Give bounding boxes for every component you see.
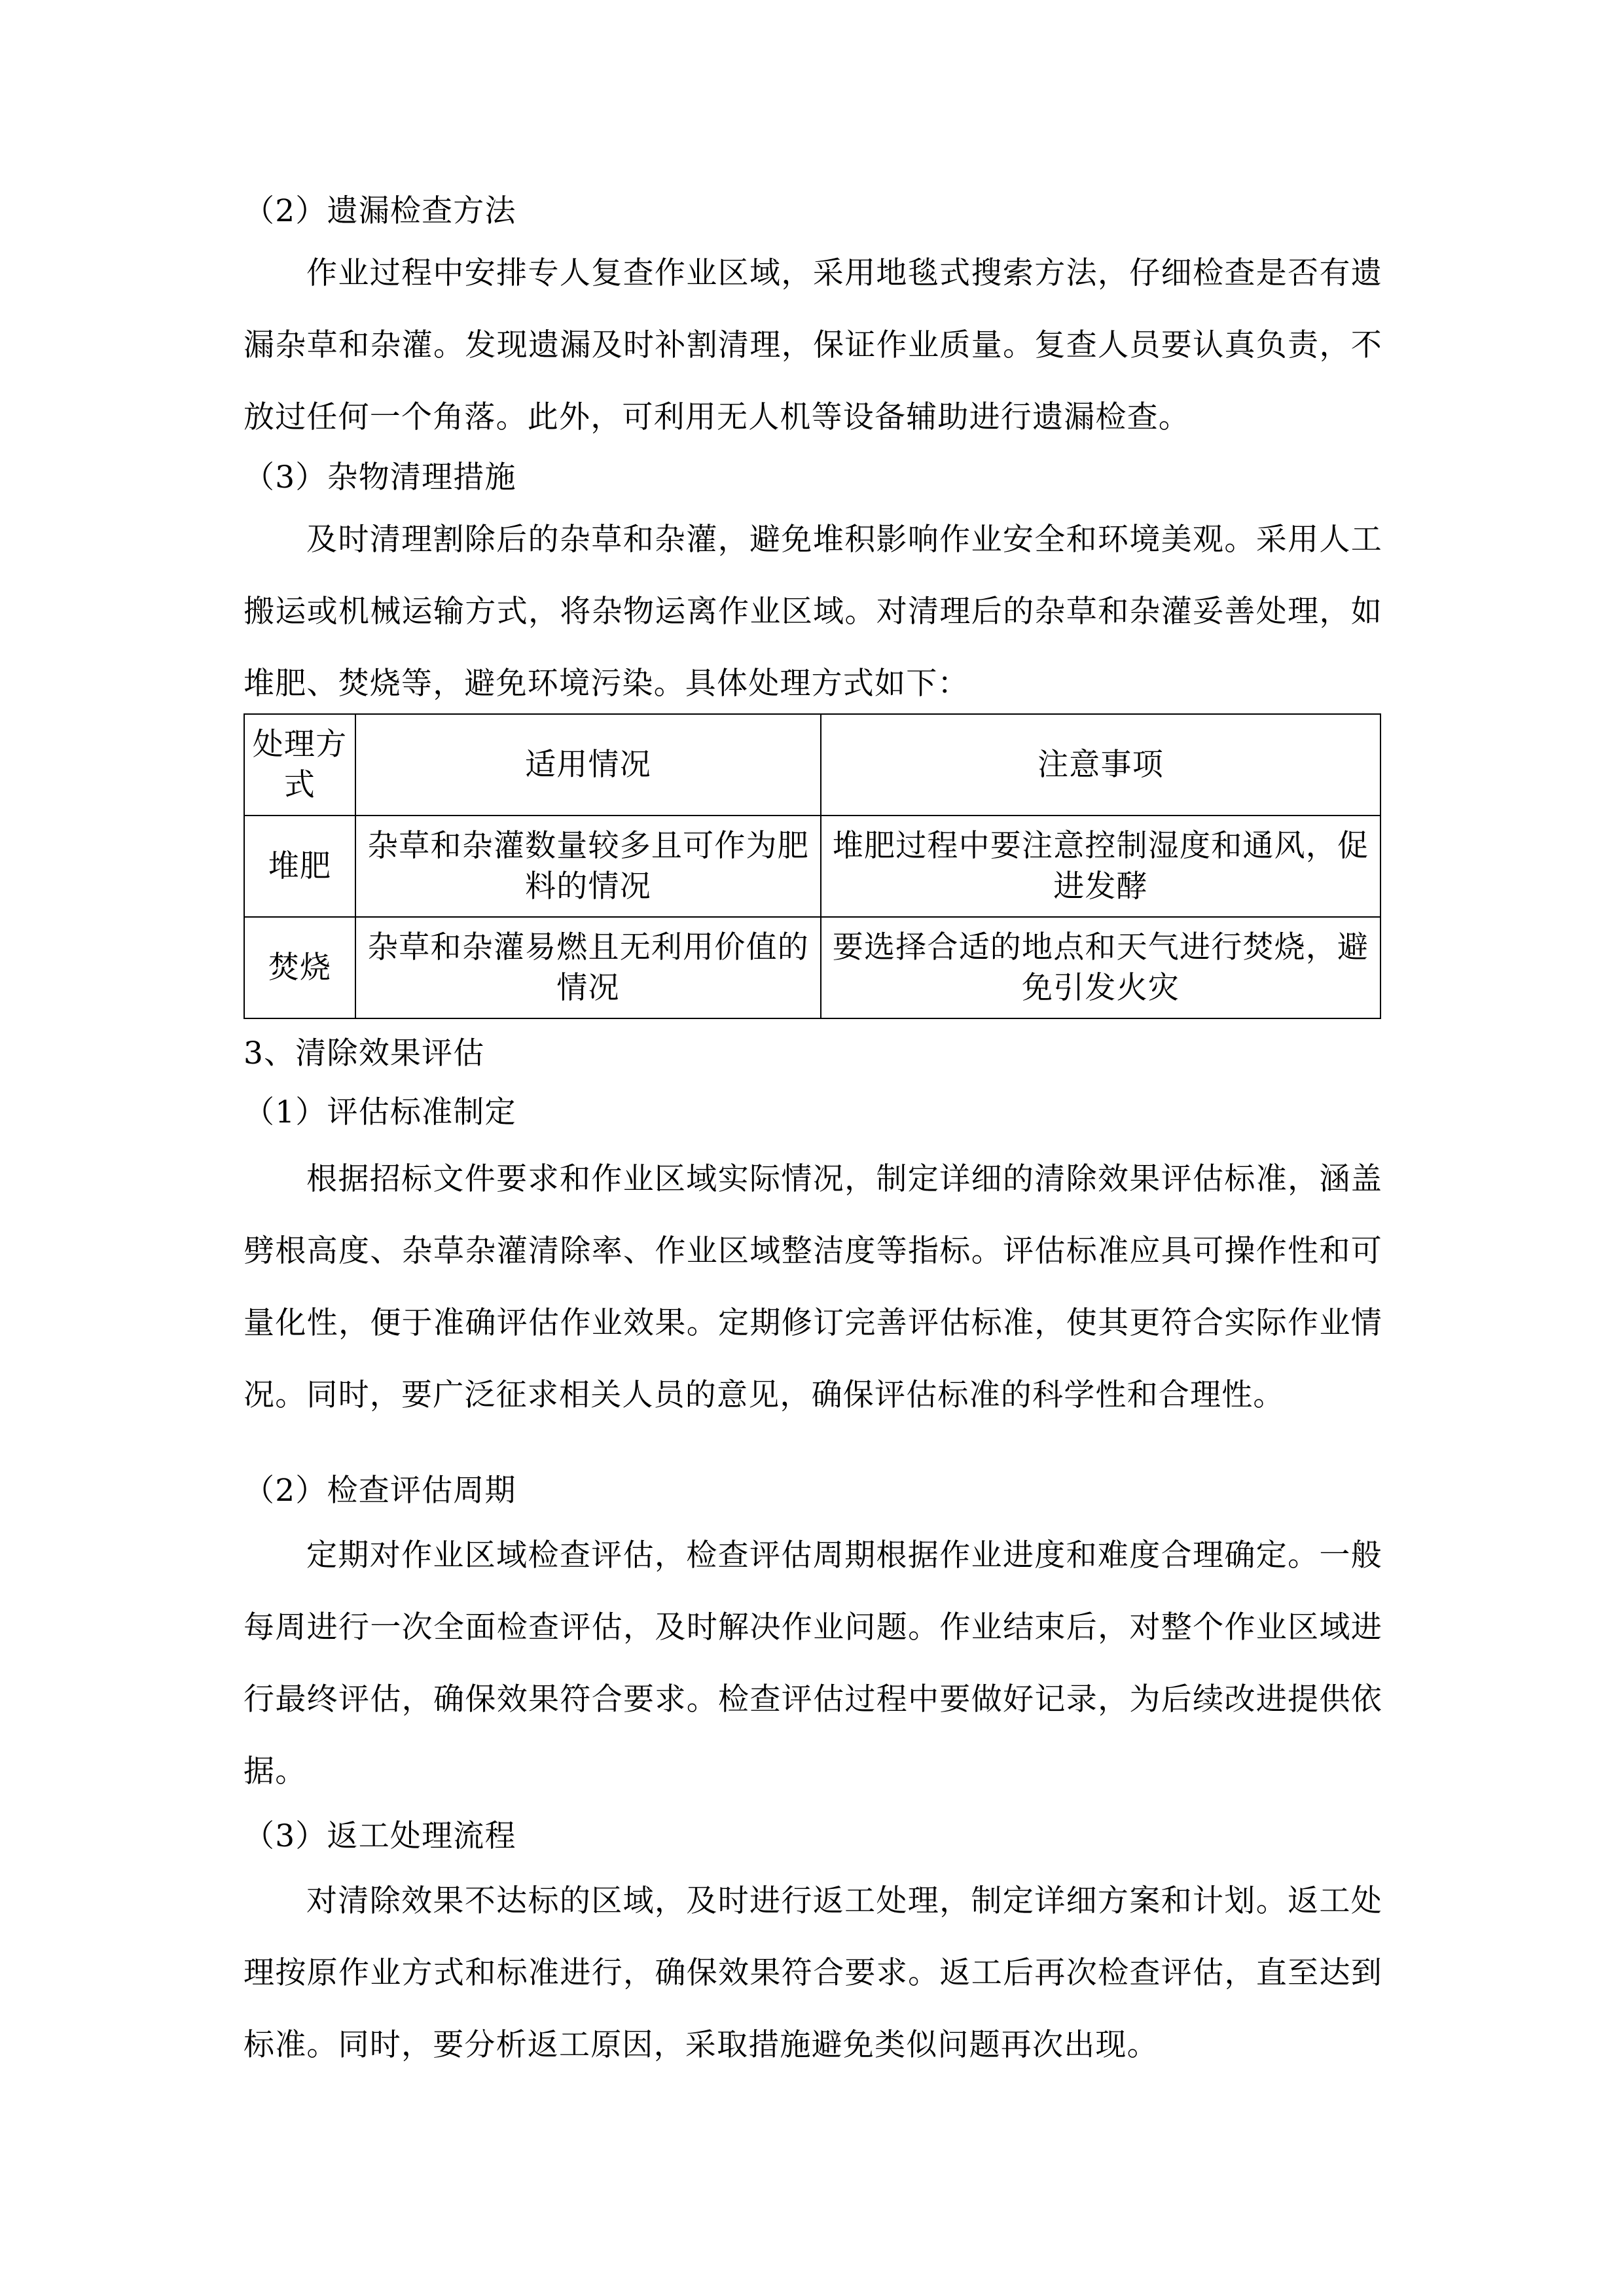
paragraph-cycle: 定期对作业区域检查评估，检查评估周期根据作业进度和难度合理确定。一般每周进行一次… xyxy=(244,1520,1382,1808)
subsection-title-debris-cleanup: （3）杂物清理措施 xyxy=(244,456,1382,499)
paragraph-debris-cleanup: 及时清理割除后的杂草和杂灌，避免堆积影响作业安全和环境美观。采用人工搬运或机械运… xyxy=(244,504,1382,720)
subsection-title-omission-check: （2）遗漏检查方法 xyxy=(244,190,1382,233)
table-cell-applicable: 杂草和杂灌易燃且无利用价值的情况 xyxy=(355,917,821,1018)
paragraph-standards: 根据招标文件要求和作业区域实际情况，制定详细的清除效果评估标准，涵盖劈根高度、杂… xyxy=(244,1143,1382,1431)
disposal-method-table: 处理方式 适用情况 注意事项 堆肥 杂草和杂灌数量较多且可作为肥料的情况 堆肥过… xyxy=(244,713,1381,1019)
table-cell-notes: 堆肥过程中要注意控制湿度和通风，促进发酵 xyxy=(821,816,1380,917)
document-page: （2）遗漏检查方法 作业过程中安排专人复查作业区域，采用地毯式搜索方法，仔细检查… xyxy=(0,0,1624,2296)
table-cell-method: 焚烧 xyxy=(244,917,355,1018)
table-header-row: 处理方式 适用情况 注意事项 xyxy=(244,714,1380,816)
table-row: 焚烧 杂草和杂灌易燃且无利用价值的情况 要选择合适的地点和天气进行焚烧，避免引发… xyxy=(244,917,1380,1018)
paragraph-omission-check: 作业过程中安排专人复查作业区域，采用地毯式搜索方法，仔细检查是否有遗漏杂草和杂灌… xyxy=(244,238,1382,454)
subsection-title-rework: （3）返工处理流程 xyxy=(244,1815,1382,1858)
table-row: 堆肥 杂草和杂灌数量较多且可作为肥料的情况 堆肥过程中要注意控制湿度和通风，促进… xyxy=(244,816,1380,917)
table-cell-method: 堆肥 xyxy=(244,816,355,917)
table-cell-applicable: 杂草和杂灌数量较多且可作为肥料的情况 xyxy=(355,816,821,917)
table-header-cell: 适用情况 xyxy=(355,714,821,816)
table-header-cell: 处理方式 xyxy=(244,714,355,816)
section-title-evaluation: 3、清除效果评估 xyxy=(244,1032,1382,1075)
table-header-cell: 注意事项 xyxy=(821,714,1380,816)
table-cell-notes: 要选择合适的地点和天气进行焚烧，避免引发火灾 xyxy=(821,917,1380,1018)
subsection-title-standards: （1）评估标准制定 xyxy=(244,1091,1382,1134)
subsection-title-cycle: （2）检查评估周期 xyxy=(244,1469,1382,1513)
paragraph-rework: 对清除效果不达标的区域，及时进行返工处理，制定详细方案和计划。返工处理按原作业方… xyxy=(244,1865,1382,2081)
